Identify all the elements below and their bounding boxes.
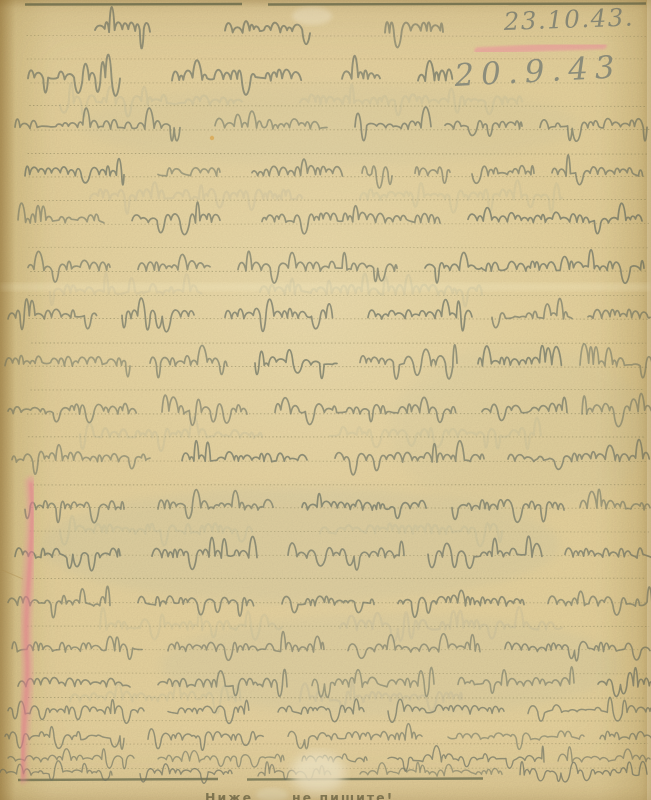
footer-print: Ниже не пишите! bbox=[205, 788, 394, 800]
left-edge-shadow bbox=[0, 0, 16, 800]
footer-print-left: Ниже bbox=[205, 790, 253, 800]
letter-scan: 23.10.43. 20.9.43 Ниже не пишите! bbox=[0, 0, 651, 800]
letter-scan-page: 23.10.43. 20.9.43 Ниже не пишите! bbox=[0, 0, 651, 800]
small-stain-dot bbox=[210, 136, 214, 140]
footer-print-right: не пишите! bbox=[292, 790, 394, 800]
smudge-spot bbox=[291, 752, 345, 794]
date-written: 23.10.43. bbox=[502, 2, 634, 36]
bottom-rule bbox=[18, 779, 483, 781]
smudge-spot bbox=[292, 7, 332, 25]
